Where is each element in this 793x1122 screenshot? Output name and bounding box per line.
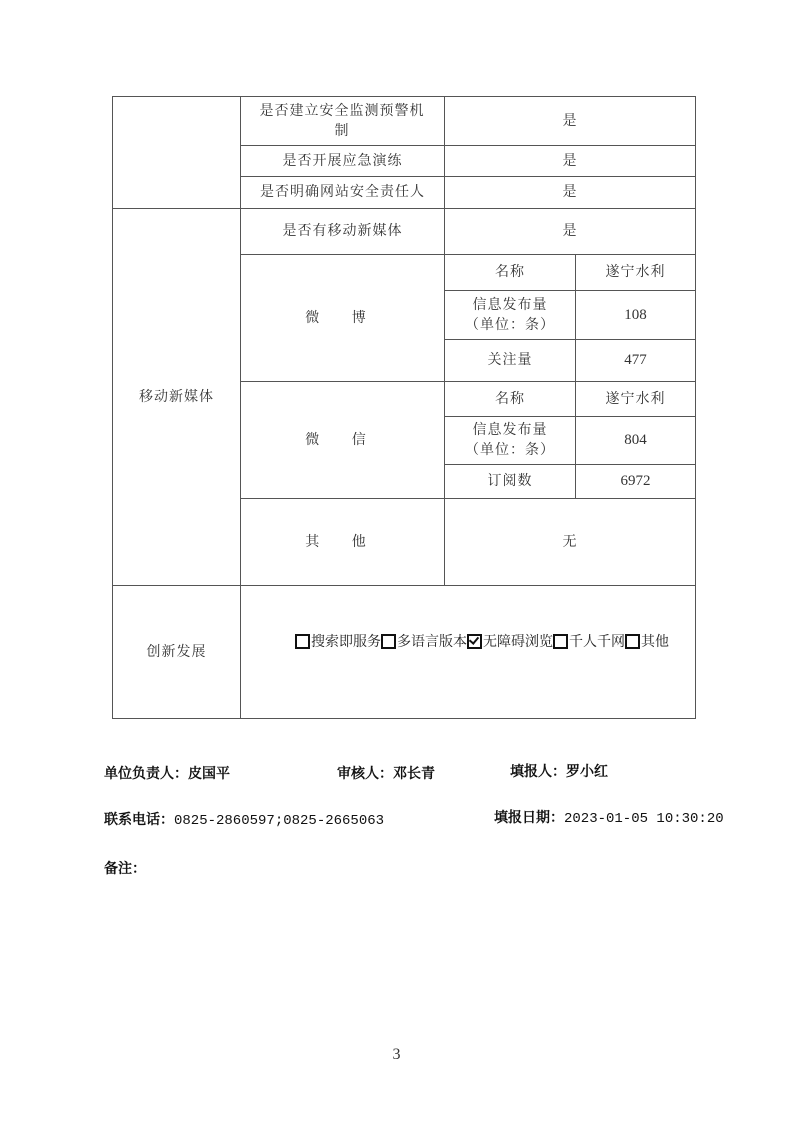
- value-text: 804: [624, 430, 647, 450]
- weibo-value: 108: [576, 290, 695, 339]
- option-accessibility[interactable]: 无障碍浏览: [467, 631, 553, 651]
- table-border-bottom: [112, 718, 696, 719]
- unit-head: 单位负责人：皮国平: [104, 763, 230, 783]
- date-label: 填报日期：: [494, 810, 564, 826]
- reviewer-value: 邓长青: [393, 766, 435, 782]
- value-text: 是: [563, 151, 578, 171]
- label-text: 是否有移动新媒体: [283, 221, 403, 241]
- option-label: 无障碍浏览: [483, 631, 553, 651]
- option-label: 其他: [641, 631, 669, 651]
- table-border-right: [695, 96, 696, 719]
- contact-phone: 联系电话：0825-2860597;0825-2665063: [104, 809, 384, 829]
- value-text: 无: [563, 532, 578, 552]
- label-text: 是否建立安全监测预警机制: [255, 101, 429, 141]
- security-row-label: 是否建立安全监测预警机制: [255, 96, 429, 145]
- date-value: 2023-01-05 10:30:20: [564, 811, 724, 827]
- unit-head-value: 皮国平: [188, 766, 230, 782]
- wechat-key: 订阅数: [445, 464, 575, 498]
- checkbox-unchecked-icon[interactable]: [625, 634, 640, 649]
- wechat-value: 6972: [576, 464, 695, 498]
- key-text: 信息发布量（单位：条）: [460, 420, 560, 460]
- key-text: 关注量: [488, 350, 533, 370]
- reviewer-label: 审核人：: [337, 766, 393, 782]
- remark-label: 备注：: [104, 861, 146, 877]
- wechat-key: 信息发布量（单位：条）: [460, 416, 560, 464]
- innovation-label-text: 创新发展: [147, 642, 207, 662]
- key-text: 信息发布量（单位：条）: [460, 295, 560, 335]
- key-text: 名称: [495, 389, 525, 409]
- option-label: 多语言版本: [397, 631, 467, 651]
- value-text: 遂宁水利: [606, 262, 666, 282]
- value-text: 6972: [621, 471, 651, 491]
- wechat-label: 微 信: [241, 381, 444, 498]
- innovation-label: 创新发展: [113, 585, 240, 718]
- weibo-value: 477: [576, 339, 695, 381]
- security-row-value: 是: [445, 96, 695, 145]
- option-search-as-service[interactable]: 搜索即服务: [295, 631, 381, 651]
- other-media-label: 其 他: [241, 498, 444, 585]
- option-multilingual[interactable]: 多语言版本: [381, 631, 467, 651]
- page-number: 3: [0, 1046, 793, 1064]
- has-media-label: 是否有移动新媒体: [241, 208, 444, 254]
- filler: 填报人：罗小红: [510, 761, 608, 781]
- wechat-value: 804: [576, 416, 695, 464]
- security-row-value: 是: [445, 145, 695, 176]
- other-media-value: 无: [445, 498, 695, 585]
- remark: 备注：: [104, 858, 146, 878]
- value-text: 是: [563, 182, 578, 202]
- unit-head-label: 单位负责人：: [104, 766, 188, 782]
- checkbox-unchecked-icon[interactable]: [381, 634, 396, 649]
- value-text: 是: [563, 111, 578, 131]
- checkbox-checked-icon[interactable]: [467, 634, 482, 649]
- reviewer: 审核人：邓长青: [337, 763, 435, 783]
- label-text: 是否明确网站安全责任人: [260, 182, 425, 202]
- value-text: 477: [624, 350, 647, 370]
- security-row-value: 是: [445, 176, 695, 208]
- phone-label: 联系电话：: [104, 812, 174, 828]
- option-label: 千人千网: [569, 631, 625, 651]
- security-row-label: 是否明确网站安全责任人: [241, 176, 444, 208]
- option-label: 搜索即服务: [311, 631, 381, 651]
- filler-value: 罗小红: [566, 764, 608, 780]
- innovation-options: 搜索即服务 多语言版本 无障碍浏览 千人千网 其他: [241, 585, 695, 697]
- option-personalized[interactable]: 千人千网: [553, 631, 625, 651]
- label-text: 是否开展应急演练: [283, 151, 403, 171]
- has-media-value: 是: [445, 208, 695, 254]
- wechat-value: 遂宁水利: [576, 381, 695, 416]
- section-label-text: 移动新媒体: [139, 387, 214, 407]
- weibo-key: 关注量: [445, 339, 575, 381]
- key-text: 名称: [495, 262, 525, 282]
- key-text: 订阅数: [488, 471, 533, 491]
- security-row-label: 是否开展应急演练: [241, 145, 444, 176]
- weibo-value: 遂宁水利: [576, 254, 695, 290]
- media-section-label: 移动新媒体: [113, 208, 240, 585]
- weibo-key: 名称: [445, 254, 575, 290]
- wechat-key: 名称: [445, 381, 575, 416]
- checkbox-unchecked-icon[interactable]: [553, 634, 568, 649]
- filler-label: 填报人：: [510, 764, 566, 780]
- weibo-key: 信息发布量（单位：条）: [460, 290, 560, 339]
- value-text: 108: [624, 305, 647, 325]
- fill-date: 填报日期：2023-01-05 10:30:20: [494, 807, 724, 827]
- checkbox-unchecked-icon[interactable]: [295, 634, 310, 649]
- option-other[interactable]: 其他: [625, 631, 669, 651]
- other-label-text: 其 他: [305, 532, 379, 552]
- value-text: 遂宁水利: [606, 389, 666, 409]
- value-text: 是: [563, 221, 578, 241]
- weibo-label: 微 博: [241, 254, 444, 381]
- weibo-label-text: 微 博: [305, 308, 379, 328]
- phone-value: 0825-2860597;0825-2665063: [174, 813, 384, 829]
- wechat-label-text: 微 信: [305, 430, 379, 450]
